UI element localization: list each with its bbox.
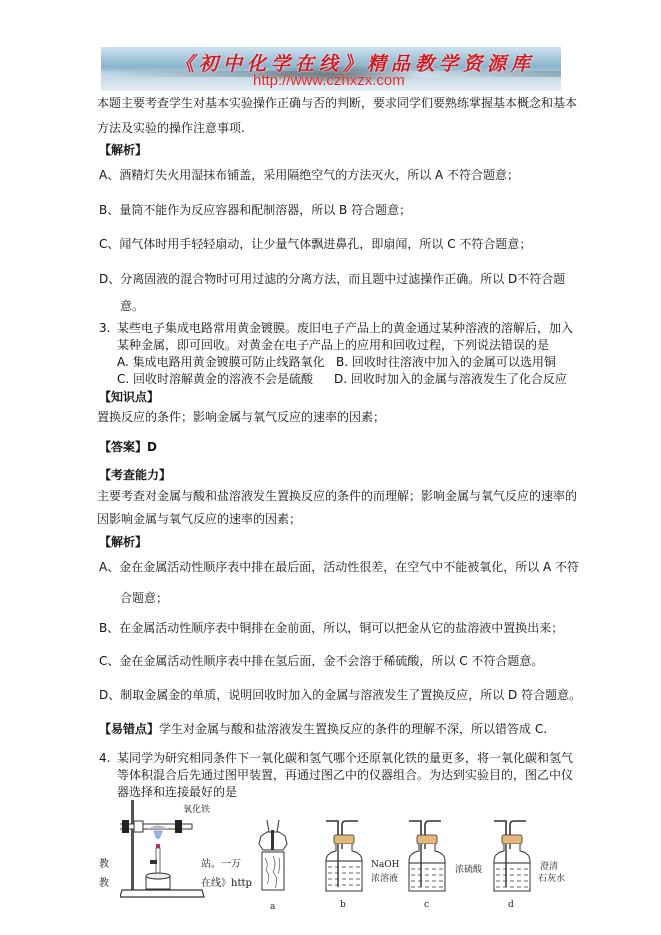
- analysis-item-continuation: 合题意；: [120, 591, 168, 605]
- answer-heading: 【答案】D: [99, 440, 157, 454]
- ability-heading: 【考查能力】: [99, 468, 171, 482]
- figure-label-d: d: [508, 900, 514, 910]
- apparatus-jia-figure: [120, 800, 210, 902]
- ability-text: 主要考查对金属与酸和盐溶液发生置换反应的条件的而理解；影响金属与氧气反应的速率的: [97, 489, 577, 503]
- intro-line: 方法及实验的操作注意事项.: [97, 121, 245, 135]
- analysis-heading: 【解析】: [99, 143, 147, 157]
- question-stem: 某些电子集成电路常用黄金镀膜。废旧电子产品上的黄金通过某种溶液的溶解后，加入: [117, 321, 573, 335]
- bottle-b-label: NaOH: [371, 860, 399, 870]
- answer-label: 【答案】: [99, 440, 147, 454]
- answer-value: D: [147, 440, 157, 454]
- analysis-item-continuation: 意。: [120, 299, 144, 313]
- question-number: 4.: [99, 751, 110, 765]
- figure-label-a: a: [270, 902, 275, 912]
- banner-url: http://www.czhxzx.com: [253, 72, 405, 89]
- header-banner: 《初中化学在线》精品教学资源库 http://www.czhxzx.com: [101, 47, 561, 91]
- question-stem: 等体积混合后先通过图甲装置，再通过图乙中的仪器组合。为达到实验目的，图乙中仪: [117, 768, 573, 782]
- question-number: 3.: [99, 321, 110, 335]
- analysis-item: C、金在金属活动性顺序表中排在氢后面，金不会溶于稀硫酸，所以 C 不符合题意。: [99, 654, 543, 668]
- analysis-item: A、金在金属活动性顺序表中排在最后面，活动性很差，在空气中不能被氧化，所以 A …: [99, 560, 579, 574]
- option-d: D. 回收时加入的金属与溶液发生了化合反应: [334, 372, 567, 386]
- analysis-heading: 【解析】: [99, 535, 147, 549]
- question-stem: 某同学为研究相同条件下一氧化碳和氢气哪个还原氧化铁的量更多，将一氧化碳和氢气: [117, 751, 573, 765]
- figure-label-c: c: [424, 900, 429, 910]
- mistake-text: 学生对金属与酸和盐溶液发生置换反应的条件的理解不深，所以错答成 C.: [159, 722, 547, 736]
- option-c: C. 回收时溶解黄金的溶液不会是硫酸: [117, 372, 313, 386]
- knowledge-heading: 【知识点】: [99, 390, 159, 404]
- gas-washing-bottle-c: [405, 815, 467, 895]
- watermark-text: 站。一万: [201, 855, 241, 870]
- analysis-item: C、闻气体时用手轻轻扇动，让少量气体飘进鼻孔，即扇闻，所以 C 不符合题意；: [99, 237, 531, 251]
- watermark-text: 在线》http: [201, 874, 252, 889]
- mistake-heading: 【易错点】: [99, 722, 159, 736]
- analysis-item: D、分离固液的混合物时可用过滤的分离方法，而且题中过滤操作正确。所以 D不符合题: [99, 272, 565, 286]
- option-b: B. 回收时往溶液中加入的金属可以选用铜: [336, 355, 556, 369]
- knowledge-text: 置换反应的条件；影响金属与氧气反应的速率的因素；: [97, 410, 385, 424]
- ability-text: 因影响金属与氧气反应的速率的因素；: [97, 512, 301, 526]
- intro-line: 本题主要考查学生对基本实验操作正确与否的判断，要求同学们要熟练掌握基本概念和基本: [97, 96, 577, 110]
- analysis-item: B、在金属活动性顺序表中铜排在金前面，所以，铜可以把金从它的盐溶液中置换出来；: [99, 621, 563, 635]
- bottle-d-label: 石灰水: [538, 871, 565, 884]
- mistake-point: 【易错点】学生对金属与酸和盐溶液发生置换反应的条件的理解不深，所以错答成 C.: [99, 722, 547, 736]
- watermark-text: 教: [99, 855, 109, 870]
- bottle-b-label: 浓溶液: [371, 871, 398, 884]
- document-page: 《初中化学在线》精品教学资源库 http://www.czhxzx.com 本题…: [0, 0, 661, 935]
- question-stem: 器选择和连接最好的是: [117, 785, 237, 799]
- analysis-item: D、制取金属金的单质，说明回收时加入的金属与溶液发生了置换反应，所以 D 符合题…: [99, 688, 581, 702]
- apparatus-a-figure: [253, 818, 293, 896]
- option-a: A. 集成电路用黄金镀膜可防止线路氧化: [117, 355, 325, 369]
- iron-oxide-label: 氧化铁: [183, 802, 210, 815]
- bottle-c-label: 浓硫酸: [455, 862, 482, 875]
- watermark-text: 教: [99, 874, 109, 889]
- figure-label-b: b: [340, 900, 346, 910]
- question-stem: 某种金属，即可回收。对黄金在电子产品上的应用和回收过程，下列说法错误的是: [117, 338, 549, 352]
- analysis-item: A、酒精灯失火用湿抹布铺盖，采用隔绝空气的方法灭火，所以 A 不符合题意；: [99, 168, 519, 182]
- analysis-item: B、量筒不能作为反应容器和配制溶器，所以 B 符合题意；: [99, 203, 411, 217]
